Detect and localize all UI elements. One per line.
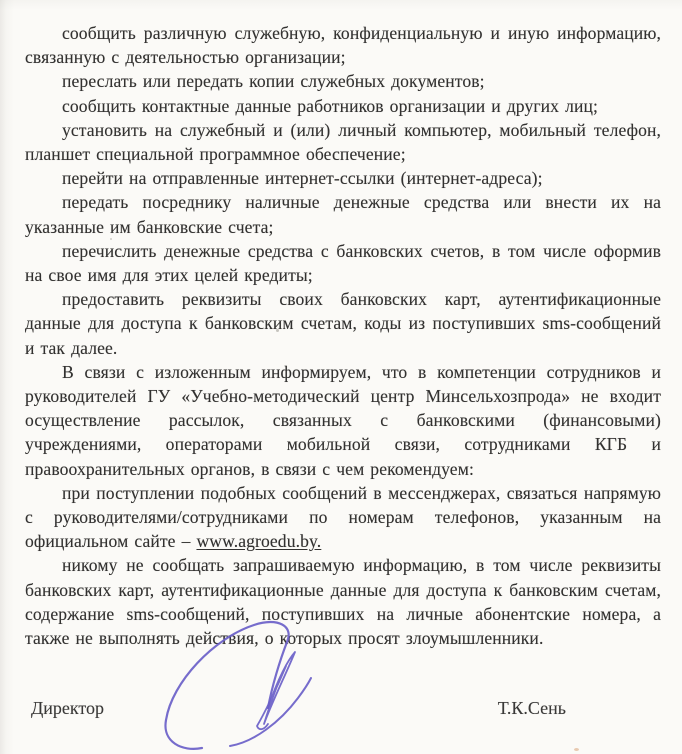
website-link[interactable]: www.agroedu.by. bbox=[196, 531, 321, 551]
paragraph: перечислить денежные средства с банковск… bbox=[25, 239, 661, 287]
scan-speck bbox=[110, 238, 112, 240]
handwritten-signature-icon bbox=[158, 610, 338, 754]
signature-row: Директор Т.К.Сень bbox=[25, 698, 661, 719]
paragraph-text: при поступлении подобных сообщений в мес… bbox=[25, 483, 661, 551]
paragraph: предоставить реквизиты своих банковских … bbox=[25, 287, 661, 360]
scan-speck bbox=[574, 748, 579, 751]
paragraph: сообщить различную служебную, конфиденци… bbox=[25, 21, 661, 69]
scanned-letter-page: сообщить различную служебную, конфиденци… bbox=[0, 0, 682, 754]
paragraph: переслать или передать копии служебных д… bbox=[25, 69, 661, 93]
paragraph: никому не сообщать запрашиваемую информа… bbox=[25, 553, 661, 650]
signer-name: Т.К.Сень bbox=[498, 698, 566, 719]
scan-speck bbox=[276, 329, 279, 332]
paragraph: передать посреднику наличные денежные ср… bbox=[25, 190, 661, 238]
paragraph: установить на служебный и (или) личный к… bbox=[25, 118, 661, 166]
paragraph: перейти на отправленные интернет-ссылки … bbox=[25, 166, 661, 190]
paragraph: сообщить контактные данные работников ор… bbox=[25, 94, 661, 118]
paragraph-with-link: при поступлении подобных сообщений в мес… bbox=[25, 481, 661, 554]
signer-role-label: Директор bbox=[31, 698, 104, 719]
letter-body: сообщить различную служебную, конфиденци… bbox=[25, 21, 661, 650]
paragraph: В связи с изложенным информируем, что в … bbox=[25, 360, 661, 481]
